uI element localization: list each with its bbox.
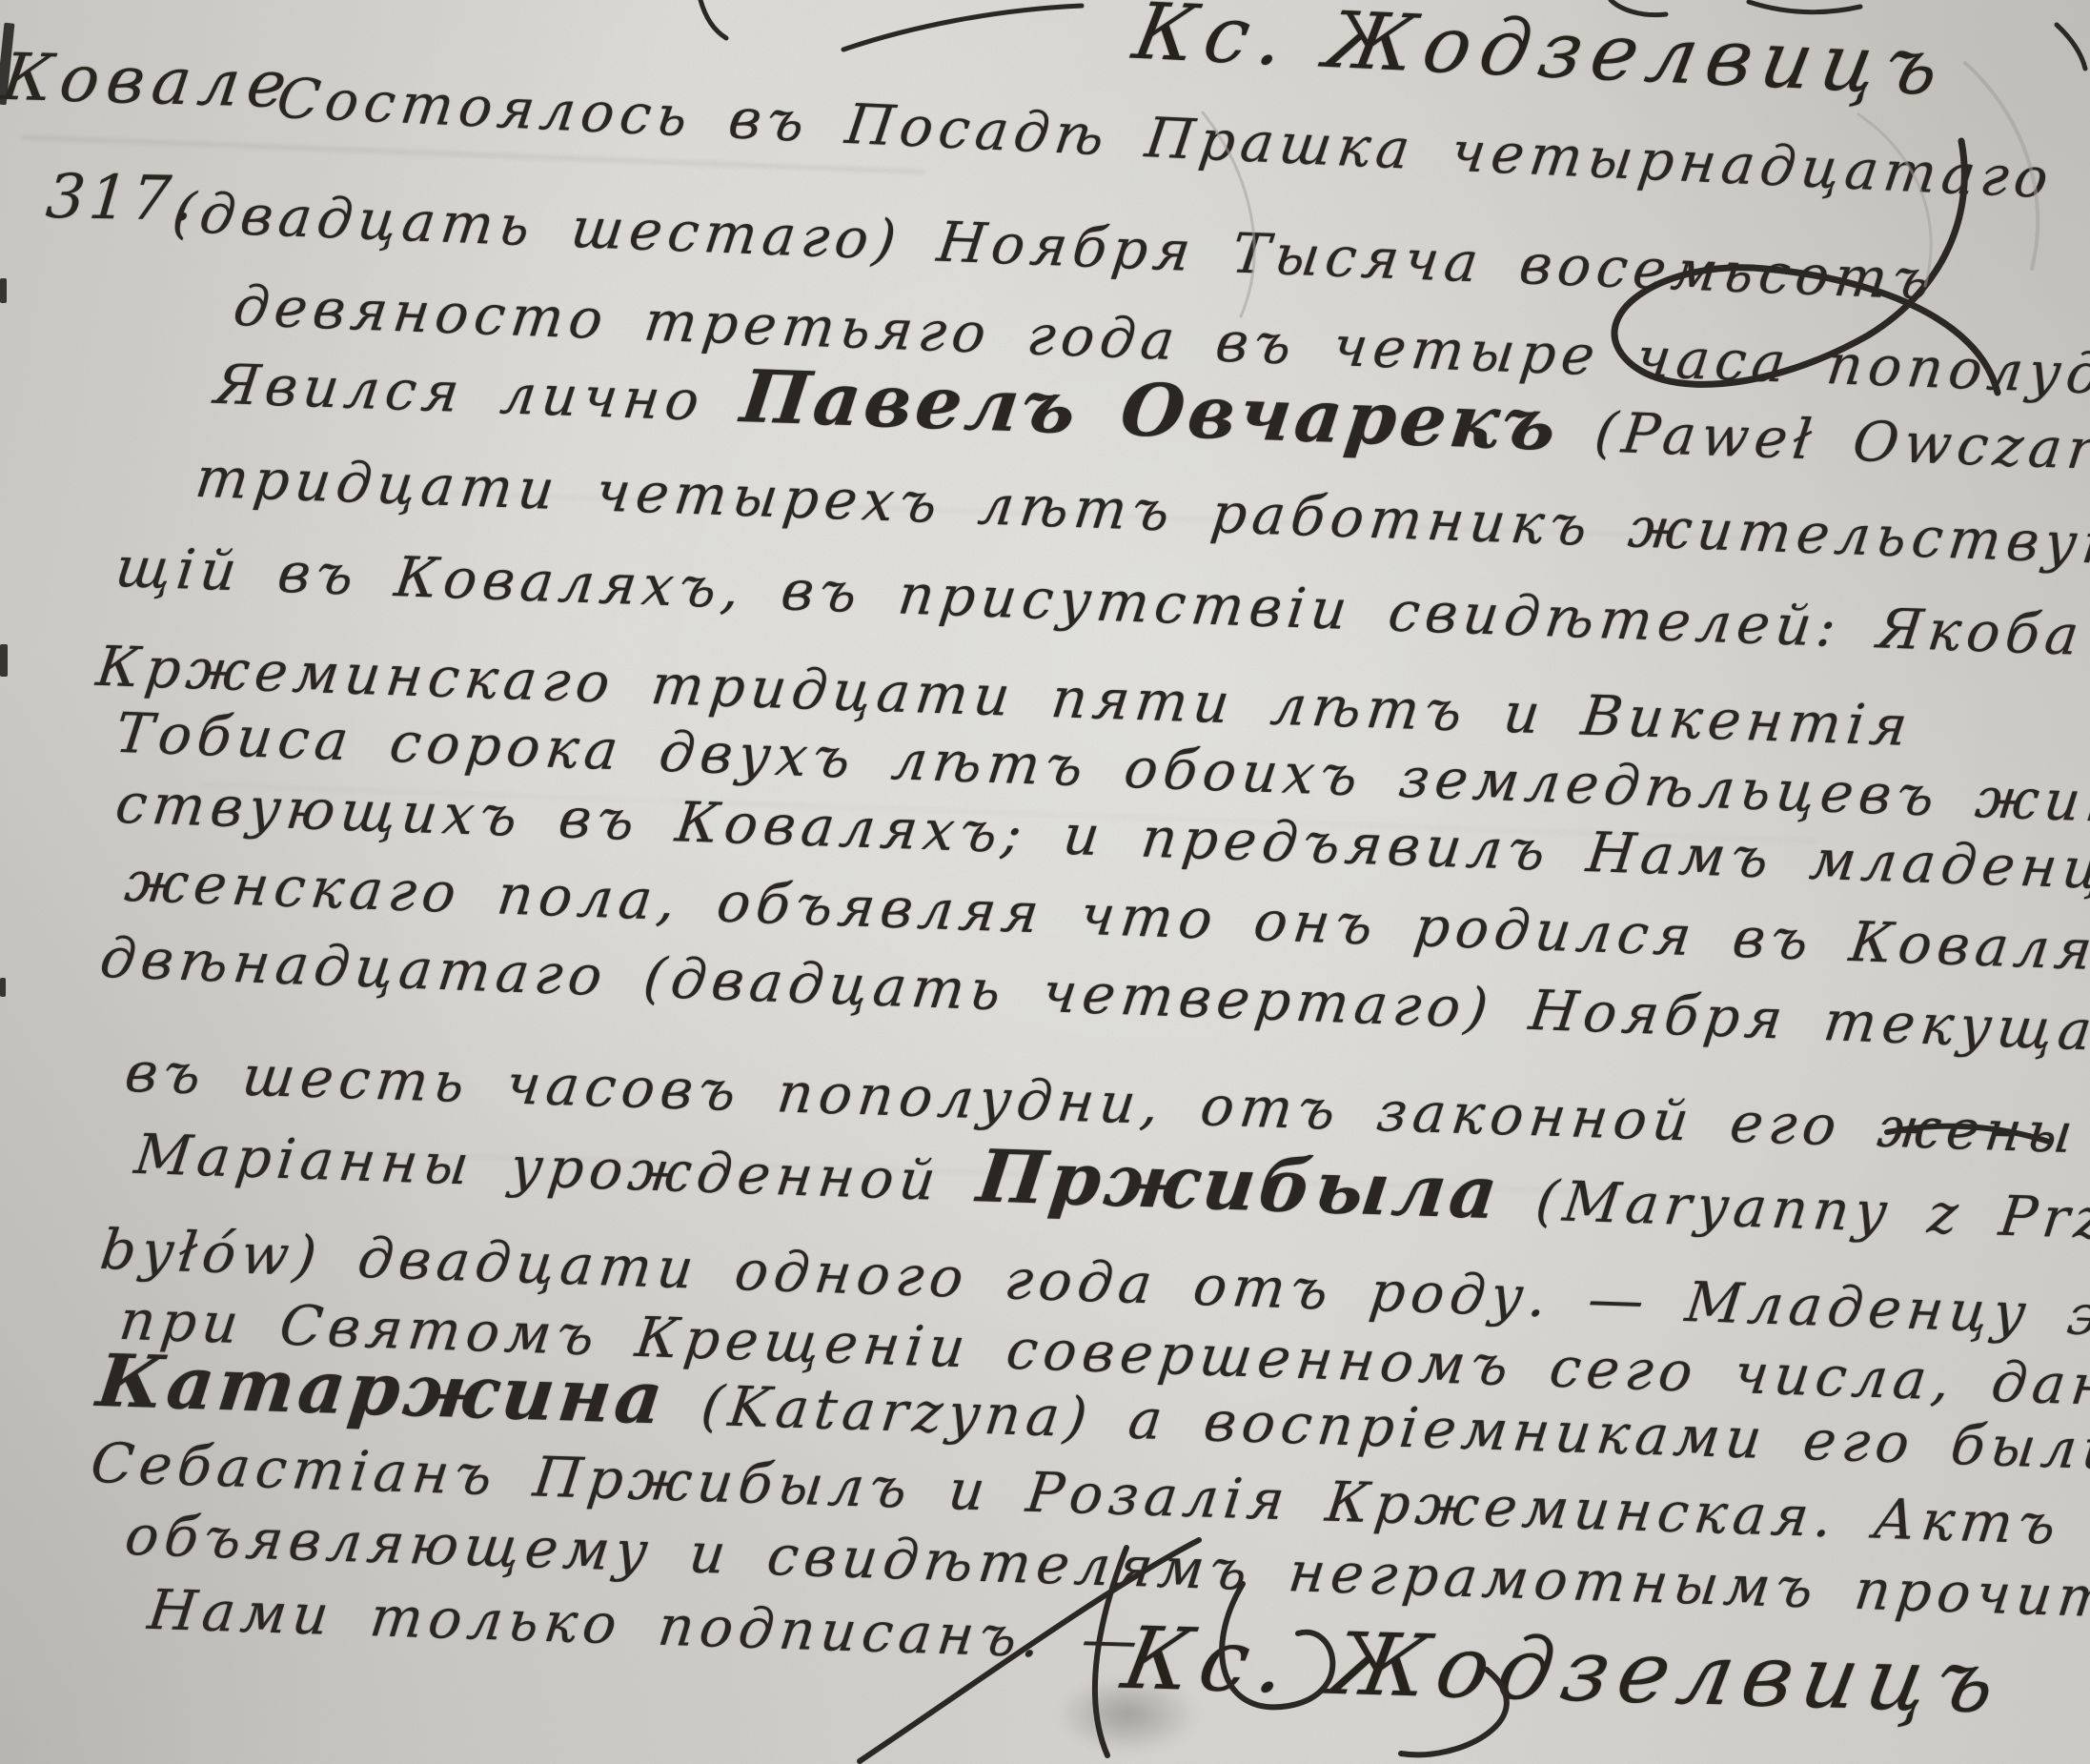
bottom-priest-signature: Кс. Жодзелвицъ: [1115, 1609, 2013, 1733]
record-line-segment: (Maryanny z Przy-: [1496, 1166, 2090, 1253]
ink-blot: [1056, 1675, 1199, 1754]
edge-speck: [0, 644, 8, 677]
record-line-segment: Явился лично: [212, 352, 745, 435]
edge-speck: [0, 978, 6, 997]
edge-speck: [0, 278, 7, 303]
name-emphasis: Пржибыла: [973, 1133, 1506, 1235]
top-edge-stroke: [1749, 2, 1860, 12]
right-edge-tick: [2057, 25, 2085, 69]
margin-village-name: Ковале: [0, 40, 298, 123]
registry-scan-page: Ковале 317. Кс. Жодзелвицъ Состоялось въ…: [0, 0, 2090, 1764]
record-line-segment: Маріанны урожденной: [132, 1122, 982, 1214]
signature-leadin-stroke: [843, 6, 1082, 50]
record-line-segment: (Paweł Owczarek): [1554, 398, 2090, 485]
top-edge-stroke: [700, 0, 726, 38]
record-line-segment: Нами только подписанъ. —: [145, 1577, 1147, 1673]
